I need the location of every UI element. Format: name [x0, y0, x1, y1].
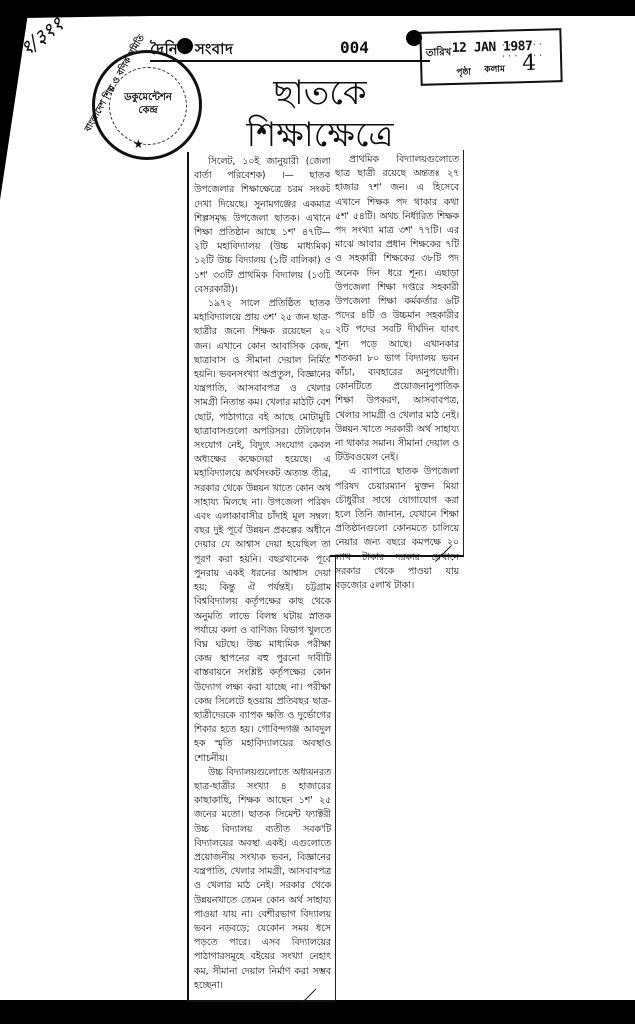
- paragraph: উচ্চ বিদ্যালয়গুলোতে অধ্যয়নরত ছাত্র-ছাত…: [194, 766, 331, 993]
- stamp-center-text: ডকুমেন্টেশন কেন্দ্র: [113, 91, 183, 117]
- article-column-left: সিলেট, ১০ই জানুয়ারী (জেলা বার্তা পরিবেশ…: [187, 152, 336, 1002]
- page-label: পৃষ্ঠা: [456, 65, 471, 80]
- scan-border-top: [0, 0, 635, 16]
- date-label: তারিখ: [426, 45, 452, 63]
- paragraph: এ ব্যাপারে ছাতক উপজেলা পরিষদ চেয়ারম্যান…: [335, 465, 459, 593]
- column-value: 4: [522, 51, 537, 76]
- date-value: 12 JAN 1987: [452, 39, 533, 56]
- paragraph: সিলেট, ১০ই জানুয়ারী (জেলা বার্তা পরিবেশ…: [194, 155, 331, 297]
- archive-stamp: বাংলাদেশ শিল্প ও বণিক সমিতি ডকুমেন্টেশন …: [92, 50, 202, 160]
- paragraph: প্রাথমিক বিদ্যালয়গুলোতে ছাত্র ছাত্রী রয…: [335, 153, 459, 465]
- header-rule: [150, 60, 430, 62]
- star-icon: ★: [133, 137, 144, 151]
- paragraph: ১৯৭২ সালে প্রতিষ্ঠিত ছাতক মহাবিদ্যালয়ে …: [194, 297, 331, 766]
- column-label: কলাম: [484, 62, 505, 78]
- date-box: তারিখ ... ... ... ... 12 JAN 1987 পৃষ্ঠা…: [419, 28, 562, 86]
- reference-number: 004: [340, 38, 369, 57]
- headline-line-1: ছাতকে শিক্ষাক্ষেত্রে: [246, 73, 393, 155]
- article-column-right: প্রাথমিক বিদ্যালয়গুলোতে ছাত্র ছাত্রী রয…: [330, 150, 464, 557]
